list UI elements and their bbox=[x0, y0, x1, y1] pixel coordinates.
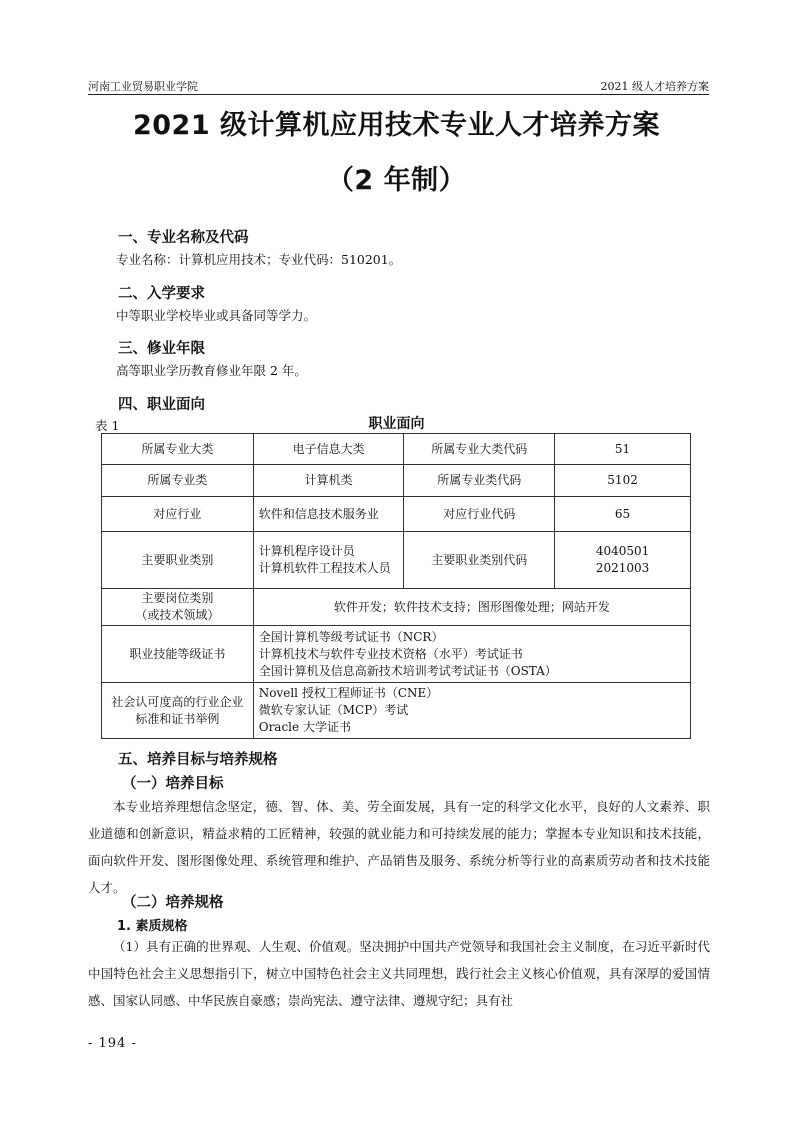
table-cell: 所属专业大类 bbox=[102, 434, 254, 465]
table-row: 社会认可度高的行业企业标准和证书举例 Novell 授权工程师证书（CNE） 微… bbox=[102, 683, 691, 739]
table-row: 主要岗位类别 （或技术领域） 软件开发；软件技术支持；图形图像处理；网站开发 bbox=[102, 589, 691, 626]
page-header: 河南工业贸易职业学院 2021 级人才培养方案 bbox=[88, 76, 709, 95]
section-3-text: 高等职业学历教育修业年限 2 年。 bbox=[116, 361, 307, 379]
quality-spec-text: （1）具有正确的世界观、人生观、价值观。坚决拥护中国共产党领导和我国社会主义制度… bbox=[88, 933, 710, 1014]
section-1-heading: 一、专业名称及代码 bbox=[118, 226, 249, 247]
table-cell: 65 bbox=[555, 497, 691, 532]
table-cell: 对应行业代码 bbox=[404, 497, 555, 532]
section-5-heading: 五、培养目标与培养规格 bbox=[118, 748, 278, 769]
table-cell: 电子信息大类 bbox=[253, 434, 404, 465]
training-goal-text: 本专业培养理想信念坚定，德、智、体、美、劳全面发展，具有一定的科学文化水平，良好… bbox=[88, 793, 710, 901]
section-1-text: 专业名称：计算机应用技术；专业代码：510201。 bbox=[116, 250, 401, 268]
table-row: 所属专业类 计算机类 所属专业类代码 5102 bbox=[102, 465, 691, 497]
table-row: 职业技能等级证书 全国计算机等级考试证书（NCR） 计算机技术与软件专业技术资格… bbox=[102, 626, 691, 683]
table-cell: 职业技能等级证书 bbox=[102, 626, 254, 683]
document-subtitle: （2 年制） bbox=[0, 158, 793, 197]
table-cell: 社会认可度高的行业企业标准和证书举例 bbox=[102, 683, 254, 739]
table-cell: 所属专业类 bbox=[102, 465, 254, 497]
table-cell: 对应行业 bbox=[102, 497, 254, 532]
header-doc-title: 2021 级人才培养方案 bbox=[601, 78, 710, 94]
quality-spec-heading: 1. 素质规格 bbox=[117, 915, 188, 934]
section-2-heading: 二、入学要求 bbox=[118, 282, 205, 303]
section-2-text: 中等职业学校毕业或具备同等学力。 bbox=[116, 306, 316, 324]
table-cell: 主要岗位类别 （或技术领域） bbox=[102, 589, 254, 626]
table-cell: 软件和信息技术服务业 bbox=[253, 497, 404, 532]
table-cell: 主要职业类别代码 bbox=[404, 532, 555, 589]
table-cell: 4040501 2021003 bbox=[555, 532, 691, 589]
section-4-heading: 四、职业面向 bbox=[118, 393, 205, 414]
table-cell: 计算机类 bbox=[253, 465, 404, 497]
header-institution: 河南工业贸易职业学院 bbox=[88, 78, 198, 94]
document-title: 2021 级计算机应用技术专业人才培养方案 bbox=[0, 103, 793, 142]
table-cell: 主要职业类别 bbox=[102, 532, 254, 589]
section-5-sub1-heading: （一）培养目标 bbox=[122, 772, 224, 793]
page-number: - 194 - bbox=[88, 1036, 137, 1051]
section-3-heading: 三、修业年限 bbox=[118, 337, 205, 358]
table-caption: 职业面向 bbox=[0, 413, 793, 433]
table-row: 所属专业大类 电子信息大类 所属专业大类代码 51 bbox=[102, 434, 691, 465]
table-cell: 所属专业大类代码 bbox=[404, 434, 555, 465]
table-row: 对应行业 软件和信息技术服务业 对应行业代码 65 bbox=[102, 497, 691, 532]
table-row: 主要职业类别 计算机程序设计员 计算机软件工程技术人员 主要职业类别代码 404… bbox=[102, 532, 691, 589]
table-cell: 软件开发；软件技术支持；图形图像处理；网站开发 bbox=[253, 589, 690, 626]
table-cell: 5102 bbox=[555, 465, 691, 497]
table-cell: Novell 授权工程师证书（CNE） 微软专家认证（MCP）考试 Oracle… bbox=[253, 683, 690, 739]
career-orientation-table: 所属专业大类 电子信息大类 所属专业大类代码 51 所属专业类 计算机类 所属专… bbox=[101, 433, 691, 739]
table-cell: 所属专业类代码 bbox=[404, 465, 555, 497]
table-cell: 51 bbox=[555, 434, 691, 465]
table-cell: 全国计算机等级考试证书（NCR） 计算机技术与软件专业技术资格（水平）考试证书 … bbox=[253, 626, 690, 683]
table-cell: 计算机程序设计员 计算机软件工程技术人员 bbox=[253, 532, 404, 589]
section-5-sub2-heading: （二）培养规格 bbox=[122, 891, 224, 912]
